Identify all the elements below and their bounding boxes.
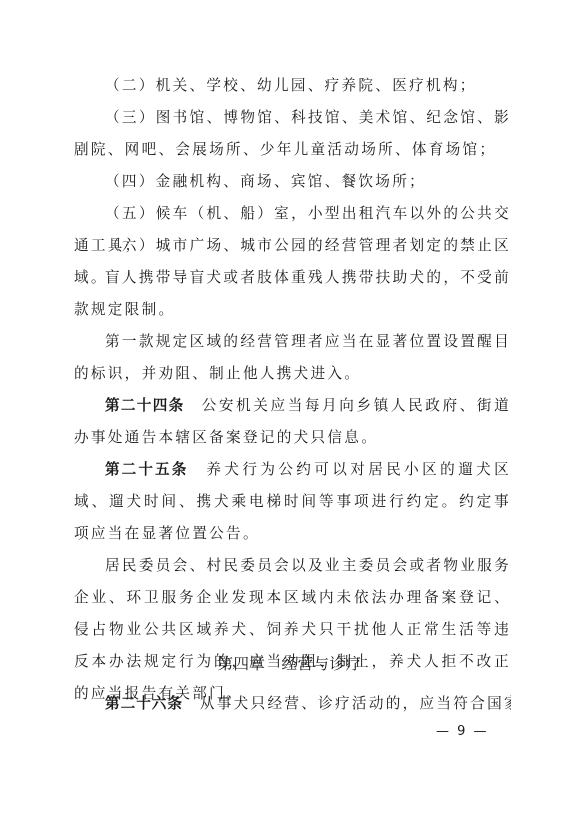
article-text: 从事犬只经营、诊疗活动的，应当符合国家规定 (200, 695, 511, 712)
list-item-2: （二）机关、学校、幼儿园、疗养院、医疗机构； (74, 70, 511, 102)
article-26: 第二十六条 从事犬只经营、诊疗活动的，应当符合国家规定 (74, 688, 511, 720)
chapter-heading: 第四章 经营与诊疗 (0, 652, 579, 674)
list-item-3: （三）图书馆、博物馆、科技馆、美术馆、纪念馆、影剧院、网吧、会展场所、少年儿童活… (74, 102, 511, 166)
document-page: （二）机关、学校、幼儿园、疗养院、医疗机构； （三）图书馆、博物馆、科技馆、美术… (0, 0, 579, 825)
article-24: 第二十四条 公安机关应当每月向乡镇人民政府、街道办事处通告本辖区备案登记的犬只信… (74, 390, 511, 454)
spacer (183, 695, 200, 712)
spacer (185, 397, 202, 414)
page-number: — 9 — (436, 724, 489, 739)
spacer (188, 461, 206, 478)
committee-paragraph: 居民委员会、村民委员会以及业主委员会或者物业服务企业、环卫服务企业发现本区域内未… (74, 550, 511, 710)
article-number: 第二十四条 (105, 397, 185, 414)
exemption-paragraph: 盲人携带导盲犬或者肢体重残人携带扶助犬的，不受前款规定限制。 (74, 262, 511, 326)
article-25: 第二十五条 养犬行为公约可以对居民小区的遛犬区域、遛犬时间、携犬乘电梯时间等事项… (74, 454, 511, 550)
article-number: 第二十六条 (105, 695, 183, 712)
signage-paragraph: 第一款规定区域的经营管理者应当在显著位置设置醒目的标识，并劝阻、制止他人携犬进入… (74, 326, 511, 390)
article-number: 第二十五条 (105, 461, 188, 478)
list-item-4: （四）金融机构、商场、宾馆、餐饮场所； (74, 166, 511, 198)
